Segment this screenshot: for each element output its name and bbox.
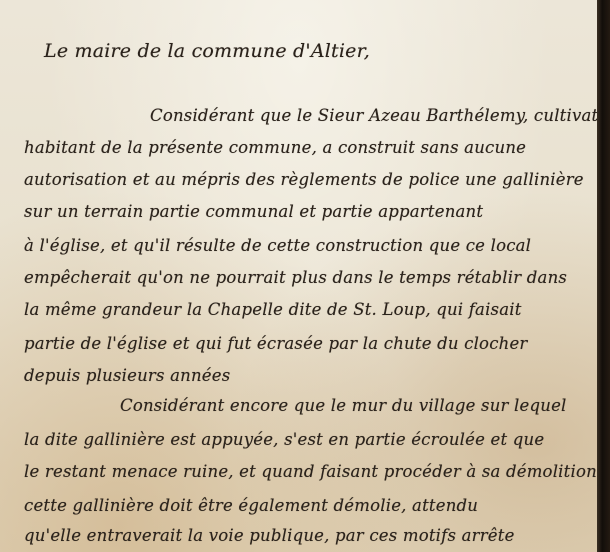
text-line-5: à l'église, et qu'il résulte de cette co… xyxy=(24,236,531,255)
text-line-9: depuis plusieurs années xyxy=(24,366,230,385)
text-line-1: Considérant que le Sieur Azeau Barthélem… xyxy=(150,106,610,125)
text-line-8: partie de l'église et qui fut écrasée pa… xyxy=(24,334,528,353)
text-line-14: qu'elle entraverait la voie publique, pa… xyxy=(24,526,515,545)
text-line-6: empêcherait qu'on ne pourrait plus dans … xyxy=(24,268,567,287)
text-line-2: habitant de la présente commune, a const… xyxy=(24,138,526,157)
text-line-10: Considérant encore que le mur du village… xyxy=(120,396,567,415)
text-line-4: sur un terrain partie communal et partie… xyxy=(24,202,483,221)
document-heading: Le maire de la commune d'Altier, xyxy=(44,40,370,62)
manuscript-page: Le maire de la commune d'Altier, Considé… xyxy=(0,0,597,552)
text-line-12: le restant menace ruine, et quand faisan… xyxy=(24,462,597,481)
text-line-11: la dite gallinière est appuyée, s'est en… xyxy=(24,430,544,449)
text-line-3: autorisation et au mépris des règlements… xyxy=(24,170,584,189)
binding-edge xyxy=(597,0,610,552)
text-line-13: cette gallinière doit être également dém… xyxy=(24,496,478,515)
text-line-7: la même grandeur la Chapelle dite de St.… xyxy=(24,300,522,319)
